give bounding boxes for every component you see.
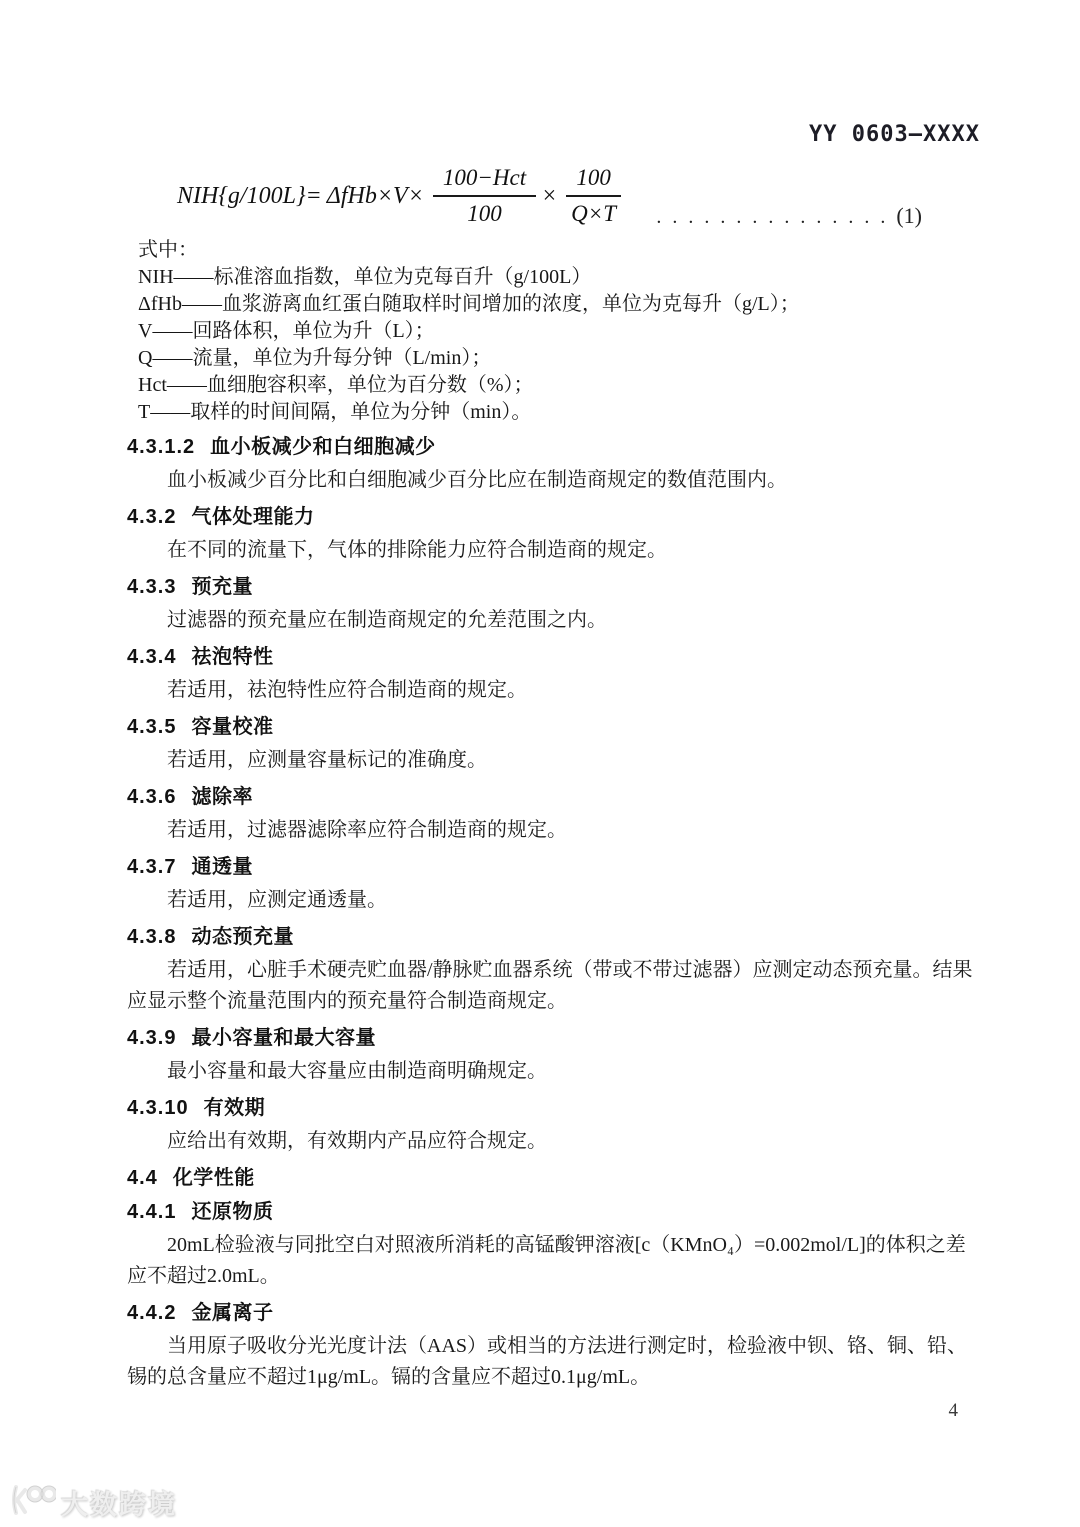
- section-body: 血小板减少百分比和白细胞减少百分比应在制造商规定的数值范围内。: [127, 465, 980, 496]
- section-4-3-10: 4.3.10有效期 应给出有效期，有效期内产品应符合规定。: [127, 1096, 980, 1157]
- section-number: 4.3.7: [127, 856, 176, 878]
- section-title: 预充量: [191, 576, 253, 598]
- section-heading: 4.3.5容量校准: [127, 715, 980, 740]
- section-title: 气体处理能力: [191, 506, 314, 528]
- section-heading: 4.4化学性能: [127, 1166, 980, 1191]
- section-number: 4.4.2: [127, 1302, 176, 1324]
- section-heading: 4.3.9最小容量和最大容量: [127, 1026, 980, 1051]
- section-heading: 4.3.1.2血小板减少和白细胞减少: [127, 435, 980, 460]
- watermark: 大数跨境: [8, 1483, 177, 1522]
- formula-leader-dots: . . . . . . . . . . . . . . . (1): [656, 204, 922, 229]
- section-title: 血小板减少和白细胞减少: [210, 436, 436, 458]
- section-title: 动态预充量: [191, 926, 294, 948]
- leader-dots: . . . . . . . . . . . . . . .: [656, 206, 888, 228]
- section-title: 容量校准: [191, 716, 273, 738]
- section-number: 4.3.2: [127, 506, 176, 528]
- section-body: 若适用，应测量容量标记的准确度。: [127, 745, 980, 776]
- legend-item: Q——流量，单位为升每分钟（L/min）；: [138, 345, 980, 372]
- document-page: YY 0603—XXXX NIH{g/100L}= ΔfHb×V× 100−Hc…: [0, 0, 1080, 1527]
- watermark-text: 大数跨境: [61, 1483, 177, 1522]
- section-4-3-6: 4.3.6滤除率 若适用，过滤器滤除率应符合制造商的规定。: [127, 785, 980, 846]
- section-number: 4.3.10: [127, 1097, 189, 1119]
- section-heading: 4.3.2气体处理能力: [127, 505, 980, 530]
- section-number: 4.3.6: [127, 786, 176, 808]
- section-body: 20mL检验液与同批空白对照液所消耗的高锰酸钾溶液[c（KMnO₄）=0.002…: [127, 1230, 980, 1292]
- section-heading: 4.4.2金属离子: [127, 1301, 980, 1326]
- section-body: 过滤器的预充量应在制造商规定的允差范围之内。: [127, 605, 980, 636]
- section-4-3-4: 4.3.4祛泡特性 若适用，祛泡特性应符合制造商的规定。: [127, 645, 980, 706]
- section-number: 4.4.1: [127, 1201, 176, 1223]
- legend-item: ΔfHb——血浆游离血红蛋白随取样时间增加的浓度，单位为克每升（g/L）；: [138, 291, 980, 318]
- section-body: 应给出有效期，有效期内产品应符合规定。: [127, 1126, 980, 1157]
- section-body: 若适用，心脏手术硬壳贮血器/静脉贮血器系统（带或不带过滤器）应测定动态预充量。结…: [127, 955, 980, 1017]
- legend-label: 式中：: [138, 237, 980, 264]
- fraction-denominator: Q×T: [566, 197, 621, 229]
- section-heading: 4.3.10有效期: [127, 1096, 980, 1121]
- formula-fraction-2: 100 Q×T: [566, 163, 621, 229]
- formula-coefficient: ΔfHb×V×: [327, 183, 424, 210]
- section-4-3-5: 4.3.5容量校准 若适用，应测量容量标记的准确度。: [127, 715, 980, 776]
- section-heading: 4.4.1还原物质: [127, 1200, 980, 1225]
- formula-legend: 式中： NIH——标准溶血指数，单位为克每百升（g/100L） ΔfHb——血浆…: [138, 237, 980, 426]
- section-number: 4.3.9: [127, 1027, 176, 1049]
- formula-1: NIH{g/100L}= ΔfHb×V× 100−Hct 100 × 100 Q…: [177, 163, 980, 229]
- section-4-3-8: 4.3.8动态预充量 若适用，心脏手术硬壳贮血器/静脉贮血器系统（带或不带过滤器…: [127, 925, 980, 1017]
- section-body: 若适用，过滤器滤除率应符合制造商的规定。: [127, 815, 980, 846]
- section-heading: 4.3.7通透量: [127, 855, 980, 880]
- section-title: 滤除率: [191, 786, 253, 808]
- section-number: 4.4: [127, 1167, 158, 1189]
- section-heading: 4.3.4祛泡特性: [127, 645, 980, 670]
- section-number: 4.3.4: [127, 646, 176, 668]
- section-4-3-2: 4.3.2气体处理能力 在不同的流量下，气体的排除能力应符合制造商的规定。: [127, 505, 980, 566]
- watermark-logo-icon: [8, 1483, 56, 1522]
- formula-fraction-1: 100−Hct 100: [433, 163, 536, 229]
- section-title: 最小容量和最大容量: [191, 1027, 376, 1049]
- section-number: 4.3.1.2: [127, 436, 195, 458]
- legend-item: V——回路体积，单位为升（L）；: [138, 318, 980, 345]
- legend-item: Hct——血细胞容积率，单位为百分数（%）；: [138, 372, 980, 399]
- section-4-3-7: 4.3.7通透量 若适用，应测定通透量。: [127, 855, 980, 916]
- section-title: 化学性能: [173, 1167, 255, 1189]
- section-4-3-1-2: 4.3.1.2血小板减少和白细胞减少 血小板减少百分比和白细胞减少百分比应在制造…: [127, 435, 980, 496]
- section-4-3-3: 4.3.3预充量 过滤器的预充量应在制造商规定的允差范围之内。: [127, 575, 980, 636]
- standard-number-header: YY 0603—XXXX: [127, 122, 980, 147]
- fraction-numerator: 100: [566, 163, 621, 197]
- section-title: 金属离子: [191, 1302, 273, 1324]
- equation-number: (1): [896, 203, 922, 228]
- section-number: 4.3.3: [127, 576, 176, 598]
- legend-item: T——取样的时间间隔，单位为分钟（min）。: [138, 399, 980, 426]
- section-4-4-2: 4.4.2金属离子 当用原子吸收分光光度计法（AAS）或相当的方法进行测定时，检…: [127, 1301, 980, 1393]
- section-body: 若适用，祛泡特性应符合制造商的规定。: [127, 675, 980, 706]
- section-number: 4.3.8: [127, 926, 176, 948]
- section-body: 最小容量和最大容量应由制造商明确规定。: [127, 1056, 980, 1087]
- formula-expression: NIH{g/100L}= ΔfHb×V× 100−Hct 100 × 100 Q…: [177, 163, 626, 229]
- section-4-3-9: 4.3.9最小容量和最大容量 最小容量和最大容量应由制造商明确规定。: [127, 1026, 980, 1087]
- document-content: YY 0603—XXXX NIH{g/100L}= ΔfHb×V× 100−Hc…: [127, 122, 980, 1393]
- legend-item: NIH——标准溶血指数，单位为克每百升（g/100L）: [138, 264, 980, 291]
- section-body: 当用原子吸收分光光度计法（AAS）或相当的方法进行测定时，检验液中钡、铬、铜、铅…: [127, 1331, 980, 1393]
- section-4-4-1: 4.4.1还原物质 20mL检验液与同批空白对照液所消耗的高锰酸钾溶液[c（KM…: [127, 1200, 980, 1292]
- page-number: 4: [949, 1400, 959, 1422]
- section-4-4: 4.4化学性能: [127, 1166, 980, 1191]
- section-title: 还原物质: [191, 1201, 273, 1223]
- fraction-numerator: 100−Hct: [433, 163, 536, 197]
- section-title: 有效期: [204, 1097, 266, 1119]
- section-number: 4.3.5: [127, 716, 176, 738]
- fraction-denominator: 100: [433, 197, 536, 229]
- section-title: 通透量: [191, 856, 253, 878]
- section-body: 若适用，应测定通透量。: [127, 885, 980, 916]
- section-heading: 4.3.6滤除率: [127, 785, 980, 810]
- section-body: 在不同的流量下，气体的排除能力应符合制造商的规定。: [127, 535, 980, 566]
- multiply-sign: ×: [541, 183, 557, 210]
- section-heading: 4.3.3预充量: [127, 575, 980, 600]
- section-title: 祛泡特性: [191, 646, 273, 668]
- formula-lhs: NIH{g/100L}=: [177, 183, 322, 210]
- section-heading: 4.3.8动态预充量: [127, 925, 980, 950]
